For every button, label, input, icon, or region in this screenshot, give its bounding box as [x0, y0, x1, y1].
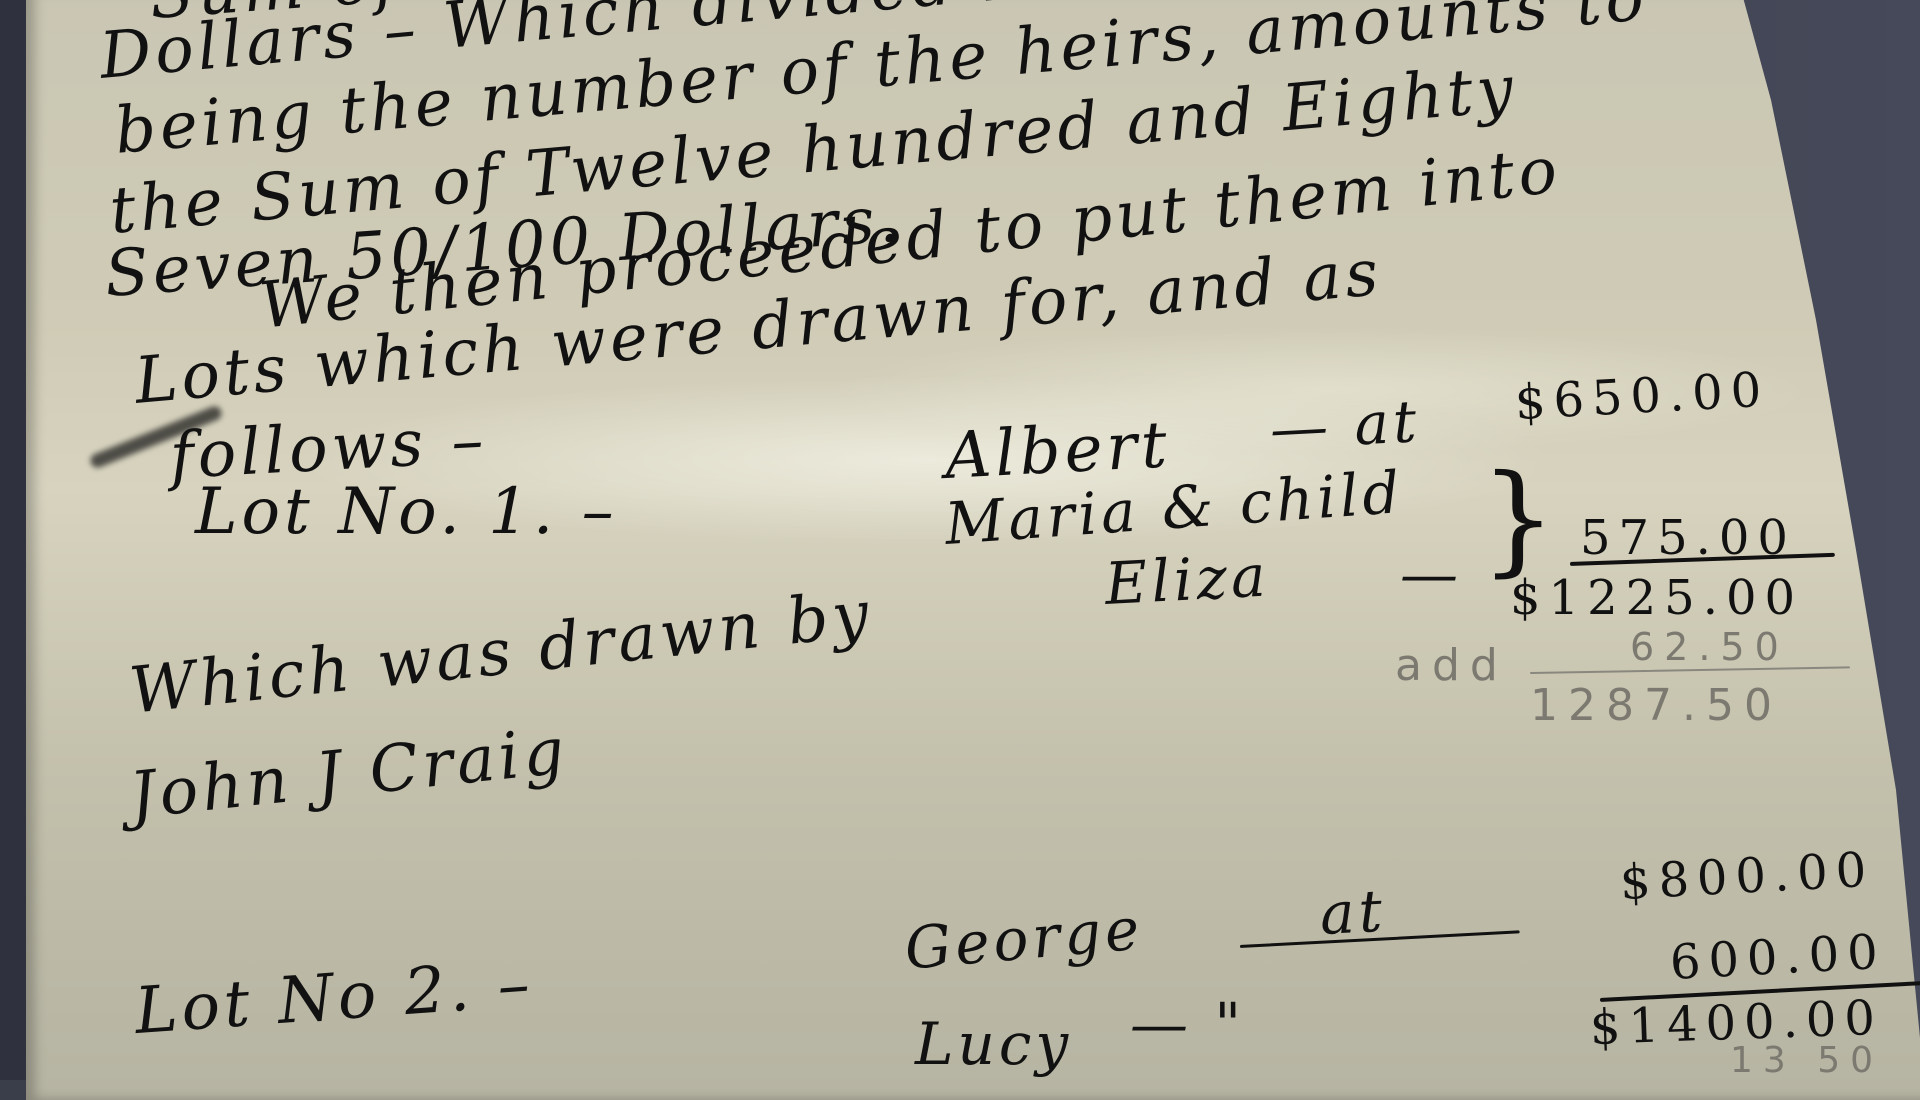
- curly-brace-icon: }: [1480, 450, 1556, 589]
- lot2-entry-lucy-name: Lucy: [915, 1010, 1072, 1078]
- lot1-entry-eliza-connector: —: [1400, 540, 1462, 608]
- lot1-pencil-add-label: add: [1395, 640, 1508, 691]
- lot2-entry-lucy-connector: — ": [1130, 990, 1245, 1058]
- lot2-pencil-partial: 13 50: [1730, 1040, 1883, 1080]
- lot1-pencil-add-amount: 62.50: [1630, 625, 1789, 669]
- lot1-pencil-total: 1287.50: [1530, 680, 1782, 731]
- lot1-entry-albert-connector: — at: [1268, 387, 1422, 463]
- lot1-entry-eliza-name: Eliza: [1103, 541, 1271, 618]
- lot1-total: $1225.00: [1510, 570, 1803, 626]
- lot1-label: Lot No. 1. –: [195, 475, 618, 549]
- lot2-entry-lucy-amount: 600.00: [1669, 924, 1888, 991]
